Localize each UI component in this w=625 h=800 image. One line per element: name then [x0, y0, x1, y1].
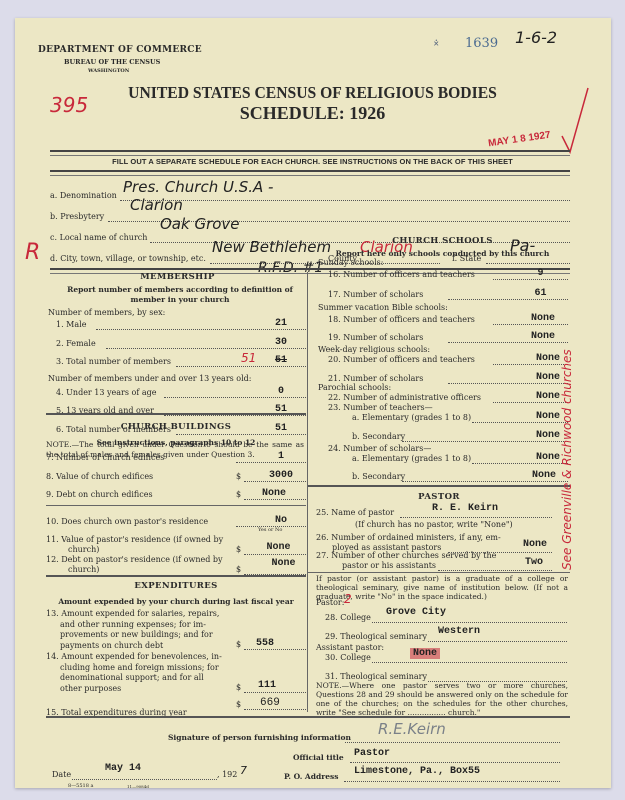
schools-row-17: 17. Number of scholars 61	[328, 288, 568, 302]
expenditure-row-salaries: 13. Amount expended for salaries, repair…	[46, 609, 306, 651]
year-field[interactable]: 7	[240, 764, 247, 777]
year-prefix: , 192	[217, 770, 237, 779]
stamp-number: 1639	[465, 36, 498, 51]
department-name: DEPARTMENT OF COMMERCE	[38, 45, 202, 55]
margin-mark: R	[25, 240, 40, 265]
date-field[interactable]: May 14	[105, 763, 141, 774]
stamp-mark-icon: ⨰	[433, 36, 439, 50]
schools-subheading: Report here only schools conducted by th…	[315, 249, 570, 258]
pastor-label: Pastor:	[316, 598, 344, 607]
seminary-label: 29. Theological seminary	[325, 632, 427, 641]
sunday-schools-label: Sunday schools:	[318, 258, 383, 267]
schools-row-20: 20. Number of officers and teachers None	[328, 353, 568, 367]
document-title: UNITED STATES CENSUS OF RELIGIOUS BODIES	[25, 83, 600, 103]
expenditure-row-benevolences: 14. Amount expended for benevolences, in…	[46, 652, 306, 694]
denomination-label: a. Denomination	[50, 191, 117, 200]
buildings-row-edifices: 7. Number of church edifices 1	[46, 451, 306, 465]
membership-row-female: 2. Female 30	[56, 337, 306, 351]
vacation-teachers[interactable]: None	[513, 313, 573, 324]
signature-label: Signature of person furnishing informati…	[168, 733, 351, 742]
schools-row-24a: a. Elementary (grades 1 to 8) None	[352, 452, 568, 466]
schools-row-19: 19. Number of scholars None	[328, 331, 568, 345]
pastor-name-field[interactable]: R. E. Keirn	[432, 503, 498, 514]
assistant-college-label: 30. College	[325, 653, 371, 662]
college-label: 28. College	[325, 613, 371, 622]
assistant-count-field[interactable]: None	[523, 539, 547, 550]
sunday-scholars[interactable]: 61	[513, 288, 568, 299]
schools-row-24b: b. Secondary None	[352, 470, 568, 484]
vacation-scholars[interactable]: None	[513, 331, 573, 342]
vacation-schools-label: Summer vacation Bible schools:	[318, 303, 448, 312]
assistant-count-label: 26. Number of ordained ministers, if any…	[316, 533, 501, 542]
residence-debt[interactable]: None	[256, 558, 311, 569]
bureau-name: BUREAU OF THE CENSUS	[64, 58, 160, 66]
membership-row-over13: 5. 13 years old and over 51	[56, 404, 306, 418]
expenditures-heading: EXPENDITURES	[46, 581, 306, 591]
instruction-rule	[50, 170, 570, 176]
buildings-subheading: See instructions, paragraphs 10 to 12	[46, 438, 306, 447]
edifice-debt[interactable]: None	[244, 488, 304, 499]
instruction-line: FILL OUT A SEPARATE SCHEDULE FOR EACH CH…	[0, 157, 625, 166]
salaries-amount[interactable]: 558	[256, 638, 274, 649]
benevolences-amount[interactable]: 111	[258, 680, 276, 691]
total-members-count[interactable]: 51	[256, 355, 306, 366]
schools-rule	[308, 485, 570, 487]
membership-row-under13: 4. Under 13 years of age 0	[56, 386, 306, 400]
denomination-field[interactable]: Pres. Church U.S.A -	[123, 178, 273, 196]
membership-row-total: 3. Total number of members 51 51	[56, 355, 306, 369]
buildings-heading: CHURCH BUILDINGS	[46, 422, 306, 432]
buildings-row-residence: 10. Does church own pastor's residence N…	[46, 515, 306, 529]
pastor-note: NOTE.—Where one pastor serves two or mor…	[316, 681, 568, 717]
membership-heading: MEMBERSHIP	[50, 272, 305, 282]
address-label: P. O. Address	[284, 772, 338, 781]
buildings-row-value: 8. Value of church edifices $ 3000	[46, 470, 306, 484]
header-rule	[50, 150, 570, 156]
schools-row-23a: a. Elementary (grades 1 to 8) None	[352, 411, 568, 425]
pastor-name-hint: (If church has no pastor, write "None")	[355, 520, 513, 529]
local-name-label: c. Local name of church	[50, 233, 147, 242]
membership-rule	[46, 413, 306, 415]
presbytery-label: b. Presbytery	[50, 212, 104, 221]
assistant-college-field[interactable]: None	[410, 648, 440, 659]
total-correction: 51	[241, 351, 256, 365]
residence-value[interactable]: None	[251, 542, 306, 553]
schools-heading: CHURCH SCHOOLS	[315, 236, 570, 246]
corner-code: 1-6-2	[515, 28, 557, 47]
expenditures-subheading: Amount expended by your church during la…	[46, 597, 306, 606]
bureau-city: WASHINGTON	[88, 68, 129, 74]
presbytery-field[interactable]: Clarion	[130, 196, 183, 214]
city-field[interactable]: New Bethlehem	[212, 238, 331, 256]
membership-row-male: 1. Male 21	[56, 318, 306, 332]
buildings-divider	[46, 505, 306, 506]
schedule-title: SCHEDULE: 1926	[0, 103, 625, 124]
members-by-sex-label: Number of members, by sex:	[48, 308, 165, 317]
footer-rule	[46, 716, 570, 718]
schools-row-16: 16. Number of officers and teachers 9	[328, 268, 568, 282]
edifice-value[interactable]: 3000	[256, 470, 306, 481]
male-count[interactable]: 21	[256, 318, 306, 329]
pastor-heading: PASTOR	[308, 492, 570, 502]
other-churches-field[interactable]: Two	[525, 557, 543, 568]
local-name-field[interactable]: Oak Grove	[160, 215, 240, 233]
buildings-row-residence-debt: 12. Debt on pastor's residence (if owned…	[46, 553, 306, 575]
assistant-seminary-label: 31. Theological seminary	[325, 672, 427, 681]
checkmark-icon	[560, 86, 590, 156]
college-field[interactable]: Grove City	[386, 607, 446, 618]
edifice-count[interactable]: 1	[256, 451, 306, 462]
owns-residence[interactable]: No	[256, 515, 306, 526]
graduate-note: If pastor (or assistant pastor) is a gra…	[316, 574, 568, 601]
print-code: 11—9084d	[127, 784, 149, 789]
buildings-row-debt: 9. Debt on church edifices $ None	[46, 488, 306, 502]
form-code: 8—5518 a	[68, 783, 93, 789]
pastor-name-label: 25. Name of pastor	[316, 508, 394, 517]
sunday-teachers[interactable]: 9	[513, 268, 568, 279]
margin-note-red: See Greenville & Richwood churches	[560, 349, 574, 570]
buildings-row-residence-value: 11. Value of pastor's residence (if owne…	[46, 533, 306, 555]
members-by-age-label: Number of members under and over 13 year…	[48, 374, 251, 383]
membership-subheading: Report number of members according to de…	[60, 285, 300, 305]
under-13-count[interactable]: 0	[256, 386, 306, 397]
pastor-mark: 2	[344, 592, 352, 606]
other-churches-label: 27. Number of other churches served by t…	[316, 551, 496, 560]
official-title-field[interactable]: Pastor	[354, 748, 390, 759]
schools-row-18: 18. Number of officers and teachers None	[328, 313, 568, 327]
expenditure-row-total: 15. Total expenditures during year $ 669	[46, 700, 306, 714]
female-count[interactable]: 30	[256, 337, 306, 348]
signature-field[interactable]: R.E.Keirn	[378, 720, 446, 738]
buildings-rule	[46, 575, 306, 577]
seminary-field[interactable]: Western	[438, 626, 480, 637]
city-label: d. City, town, village, or township, etc…	[50, 254, 206, 263]
address-field[interactable]: Limestone, Pa., Box55	[354, 766, 480, 777]
total-expenditures[interactable]: 669	[260, 697, 280, 709]
official-title-label: Official title	[293, 753, 344, 762]
assistant-pastor-label: Assistant pastor:	[316, 643, 384, 652]
date-label: Date	[52, 770, 71, 779]
